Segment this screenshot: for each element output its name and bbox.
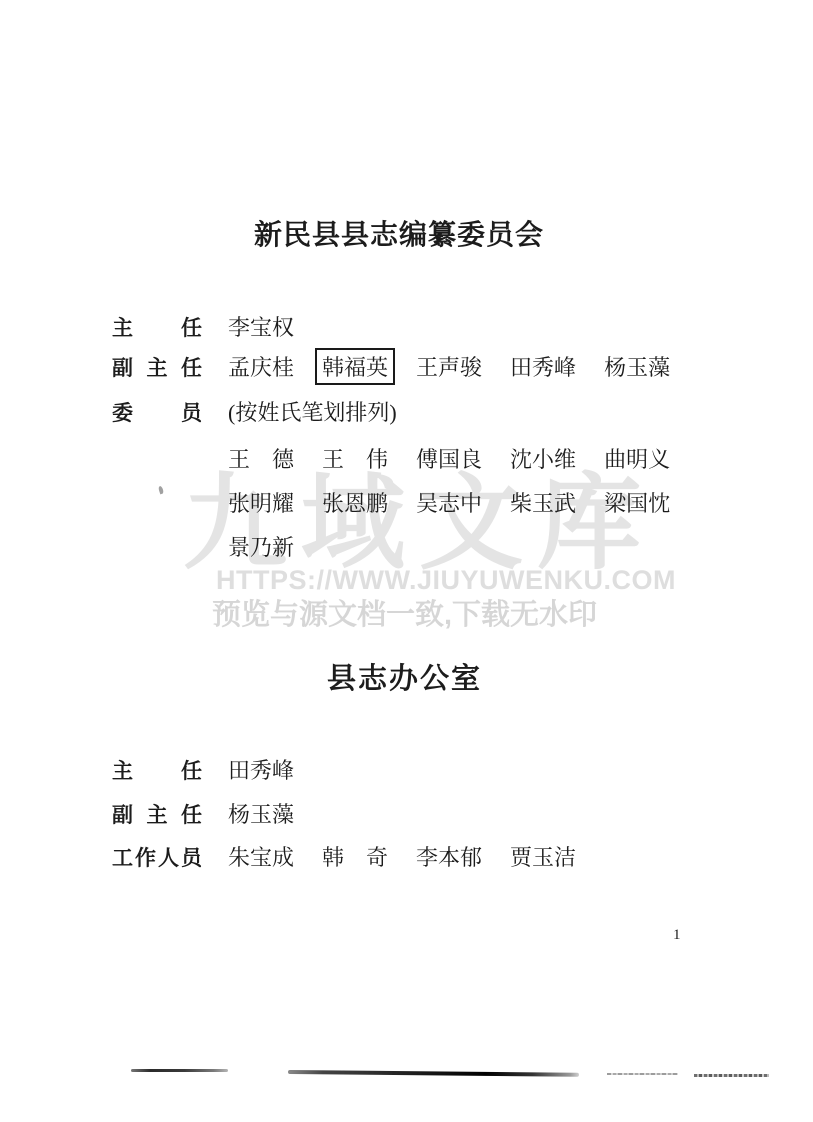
person-name: 韩 奇 [322, 841, 388, 872]
person-name: 杨玉藻 [604, 351, 670, 382]
committee-row-members-heading: 委员 (按姓氏笔划排列) [112, 396, 752, 426]
person-name: 柴玉武 [510, 487, 576, 518]
scan-artifact-line [131, 1069, 228, 1072]
person-name: 朱宝成 [228, 841, 294, 872]
person-name: 景乃新 [228, 531, 294, 562]
role-label-director: 主任 [112, 755, 202, 785]
role-label-director: 主任 [112, 312, 202, 342]
committee-members-row-1: 王 德 王 伟 傅国良 沈小维 曲明义 [112, 443, 752, 473]
person-name: 王 德 [228, 443, 294, 474]
name-list: 王 德 王 伟 傅国良 沈小维 曲明义 [228, 443, 670, 474]
name-list: 李宝权 [228, 311, 294, 342]
person-name: 杨玉藻 [228, 798, 294, 829]
person-name: 贾玉洁 [510, 841, 576, 872]
name-list: 张明耀 张恩鹏 吴志中 柴玉武 梁国忱 [228, 487, 670, 518]
role-label-members: 委员 [112, 397, 202, 427]
person-name: 王声骏 [416, 351, 482, 382]
scanned-document-page: 九域文库 HTTPS://WWW.JIUYUWENKU.COM 预览与源文档一致… [0, 0, 813, 1122]
person-name: 田秀峰 [510, 351, 576, 382]
office-row-staff: 工作人员 朱宝成 韩 奇 李本郁 贾玉洁 [112, 841, 752, 871]
person-name: 孟庆桂 [228, 351, 294, 382]
person-name: 曲明义 [604, 443, 670, 474]
role-label-deputy-director: 副主任 [112, 799, 202, 829]
name-list: 杨玉藻 [228, 798, 294, 829]
scan-artifact-line [694, 1074, 769, 1077]
role-label-staff: 工作人员 [112, 842, 202, 872]
person-name: 梁国忱 [604, 487, 670, 518]
name-list: 朱宝成 韩 奇 李本郁 贾玉洁 [228, 841, 576, 872]
office-title: 县志办公室 [327, 656, 482, 697]
person-name: 王 伟 [322, 443, 388, 474]
scan-artifact-line [288, 1070, 579, 1077]
person-name: 吴志中 [416, 487, 482, 518]
person-name-boxed: 韩福英 [315, 348, 395, 385]
office-row-director: 主任 田秀峰 [112, 754, 752, 784]
person-name: 张明耀 [228, 487, 294, 518]
watermark-url-text: HTTPS://WWW.JIUYUWENKU.COM [216, 566, 676, 596]
name-list: 景乃新 [228, 531, 294, 562]
person-name: 李本郁 [416, 841, 482, 872]
person-name: 张恩鹏 [322, 487, 388, 518]
committee-members-row-3: 景乃新 [112, 531, 752, 561]
committee-row-deputy-directors: 副主任 孟庆桂 韩福英 王声骏 田秀峰 杨玉藻 [112, 351, 752, 381]
person-name: 李宝权 [228, 311, 294, 342]
name-list: 孟庆桂 韩福英 王声骏 田秀峰 杨玉藻 [228, 351, 670, 382]
committee-title: 新民县县志编纂委员会 [254, 213, 544, 253]
watermark-tagline-text: 预览与源文档一致,下载无水印 [212, 600, 597, 632]
scan-artifact-line [607, 1073, 678, 1075]
committee-row-director: 主任 李宝权 [112, 311, 752, 341]
person-name: 沈小维 [510, 443, 576, 474]
person-name: 傅国良 [416, 443, 482, 474]
sort-note: (按姓氏笔划排列) [228, 396, 397, 427]
page-number: 1 [673, 927, 681, 944]
person-name: 田秀峰 [228, 754, 294, 785]
role-label-deputy-director: 副主任 [112, 352, 202, 382]
office-row-deputy-director: 副主任 杨玉藻 [112, 798, 752, 828]
committee-members-row-2: 张明耀 张恩鹏 吴志中 柴玉武 梁国忱 [112, 487, 752, 517]
name-list: 田秀峰 [228, 754, 294, 785]
sort-order-note: (按姓氏笔划排列) [228, 396, 397, 427]
